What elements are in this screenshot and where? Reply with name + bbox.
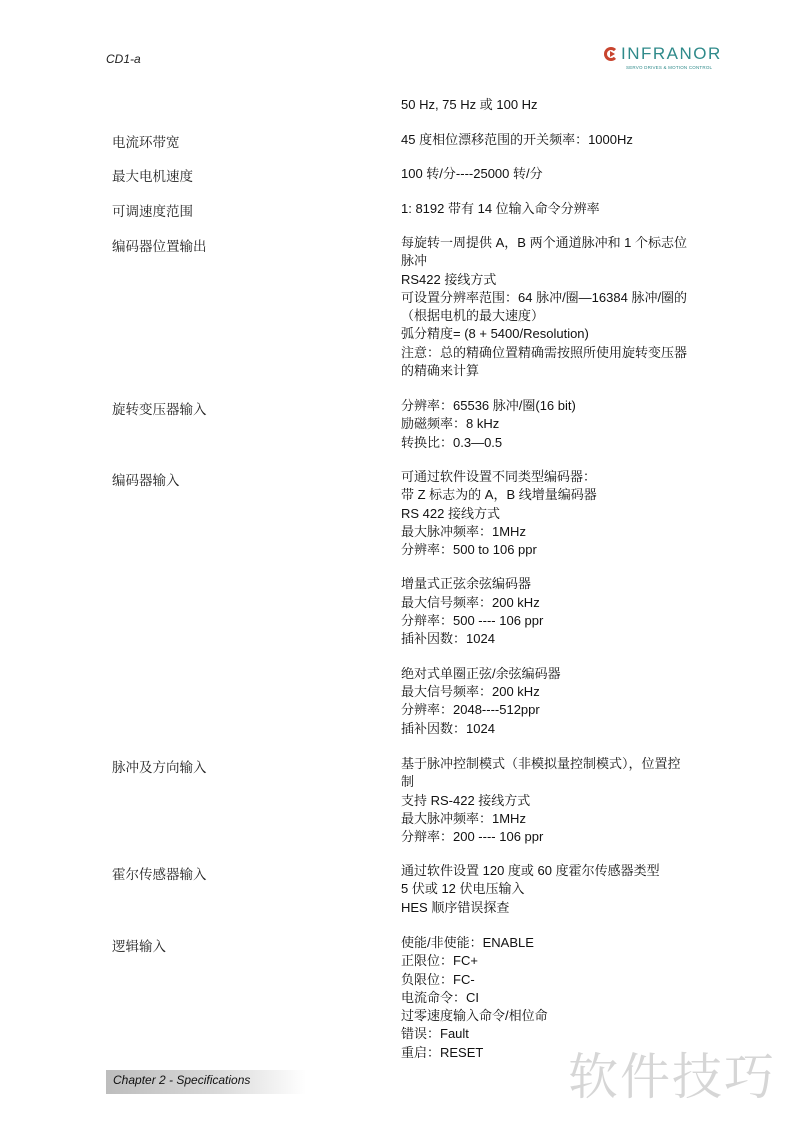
spec-value: 100 转/分----25000 转/分 xyxy=(401,165,721,183)
chapter-footer: Chapter 2 - Specifications xyxy=(106,1070,306,1094)
infranor-logo: INFRANOR SERVO DRIVES & MOTION CONTROL xyxy=(604,44,728,74)
spec-line: 增量式正弦余弦编码器 xyxy=(401,575,721,593)
spec-label: 脉冲及方向输入 xyxy=(112,756,207,776)
spec-line: 带 Z 标志为的 A，B 线增量编码器 xyxy=(401,486,721,504)
spec-line: 分辨率：500 to 106 ppr xyxy=(401,541,721,559)
chapter-title: Chapter 2 - Specifications xyxy=(113,1073,250,1087)
spec-line: 分辩率：500 ---- 106 ppr xyxy=(401,612,721,630)
spec-value: 通过软件设置 120 度或 60 度霍尔传感器类型 5 伏或 12 伏电压输入 … xyxy=(401,862,721,917)
spec-label: 可调速度范围 xyxy=(112,200,193,220)
spec-line: 5 伏或 12 伏电压输入 xyxy=(401,880,721,898)
spec-label: 霍尔传感器输入 xyxy=(112,863,207,883)
spec-value: 每旋转一周提供 A，B 两个通道脉冲和 1 个标志位 脉冲 RS422 接线方式… xyxy=(401,234,721,380)
spec-line: 分辨率：65536 脉冲/圈(16 bit) xyxy=(401,397,721,415)
spec-value: 1: 8192 带有 14 位输入命令分辨率 xyxy=(401,200,721,218)
spec-line: 绝对式单圈正弦/余弦编码器 xyxy=(401,665,721,683)
spec-line: 1: 8192 带有 14 位输入命令分辨率 xyxy=(401,200,721,218)
spec-label: 电流环带宽 xyxy=(112,131,180,151)
spec-line: 注意：总的精确位置精确需按照所使用旋转变压器 xyxy=(401,344,721,362)
spec-line: 可通过软件设置不同类型编码器： xyxy=(401,468,721,486)
spec-line: 插补因数：1024 xyxy=(401,630,721,648)
spec-line: 转换比：0.3—0.5 xyxy=(401,434,721,452)
document-id: CD1-a xyxy=(106,52,141,66)
spec-value: 可通过软件设置不同类型编码器： 带 Z 标志为的 A，B 线增量编码器 RS 4… xyxy=(401,468,721,738)
logo-play-icon xyxy=(604,47,618,61)
spec-line: HES 顺序错误探查 xyxy=(401,899,721,917)
spec-line: 电流命令：CI xyxy=(401,989,721,1007)
spec-line: 使能/非使能：ENABLE xyxy=(401,934,721,952)
spec-line: 每旋转一周提供 A，B 两个通道脉冲和 1 个标志位 xyxy=(401,234,721,252)
spec-line: 负限位：FC- xyxy=(401,971,721,989)
spec-line: 最大脉冲频率：1MHz xyxy=(401,523,721,541)
spec-line: 可设置分辨率范围：64 脉冲/圈—16384 脉冲/圈的 xyxy=(401,289,721,307)
spec-label: 旋转变压器输入 xyxy=(112,398,207,418)
spec-line: 支持 RS-422 接线方式 xyxy=(401,792,721,810)
continuation-value: 50 Hz, 75 Hz 或 100 Hz xyxy=(401,96,721,114)
spec-line: 最大信号频率：200 kHz xyxy=(401,594,721,612)
spec-line: 100 转/分----25000 转/分 xyxy=(401,165,721,183)
spec-line: 最大信号频率：200 kHz xyxy=(401,683,721,701)
spec-line: 制 xyxy=(401,773,721,791)
spec-label: 编码器输入 xyxy=(112,469,180,489)
spec-line: RS422 接线方式 xyxy=(401,271,721,289)
spec-line: 弧分精度= (8 + 5400/Resolution) xyxy=(401,325,721,343)
spec-line: 正限位：FC+ xyxy=(401,952,721,970)
spec-line: 分辨率：2048----512ppr xyxy=(401,701,721,719)
spec-label: 最大电机速度 xyxy=(112,165,193,185)
spec-line: 励磁频率：8 kHz xyxy=(401,415,721,433)
spec-value: 基于脉冲控制模式（非模拟量控制模式），位置控 制 支持 RS-422 接线方式 … xyxy=(401,755,721,846)
spec-label: 逻辑输入 xyxy=(112,935,166,955)
spec-label: 编码器位置输出 xyxy=(112,235,207,255)
spec-line: RS 422 接线方式 xyxy=(401,505,721,523)
spec-line: 过零速度输入命令/相位命 xyxy=(401,1007,721,1025)
spec-value: 45 度相位漂移范围的开关频率：1000Hz xyxy=(401,131,721,149)
spec-line: 基于脉冲控制模式（非模拟量控制模式），位置控 xyxy=(401,755,721,773)
spec-value: 分辨率：65536 脉冲/圈(16 bit) 励磁频率：8 kHz 转换比：0.… xyxy=(401,397,721,452)
logo-brand: INFRANOR xyxy=(621,44,722,64)
spec-line: （根据电机的最大速度） xyxy=(401,307,721,325)
spec-line: 脉冲 xyxy=(401,252,721,270)
watermark: 软件技巧 xyxy=(568,1037,776,1109)
spec-line: 通过软件设置 120 度或 60 度霍尔传感器类型 xyxy=(401,862,721,880)
spec-line: 最大脉冲频率：1MHz xyxy=(401,810,721,828)
logo-tagline: SERVO DRIVES & MOTION CONTROL xyxy=(626,65,712,70)
spec-line: 的精确来计算 xyxy=(401,362,721,380)
spec-line: 分辩率：200 ---- 106 ppr xyxy=(401,828,721,846)
spec-line: 45 度相位漂移范围的开关频率：1000Hz xyxy=(401,131,721,149)
spec-line: 插补因数：1024 xyxy=(401,720,721,738)
